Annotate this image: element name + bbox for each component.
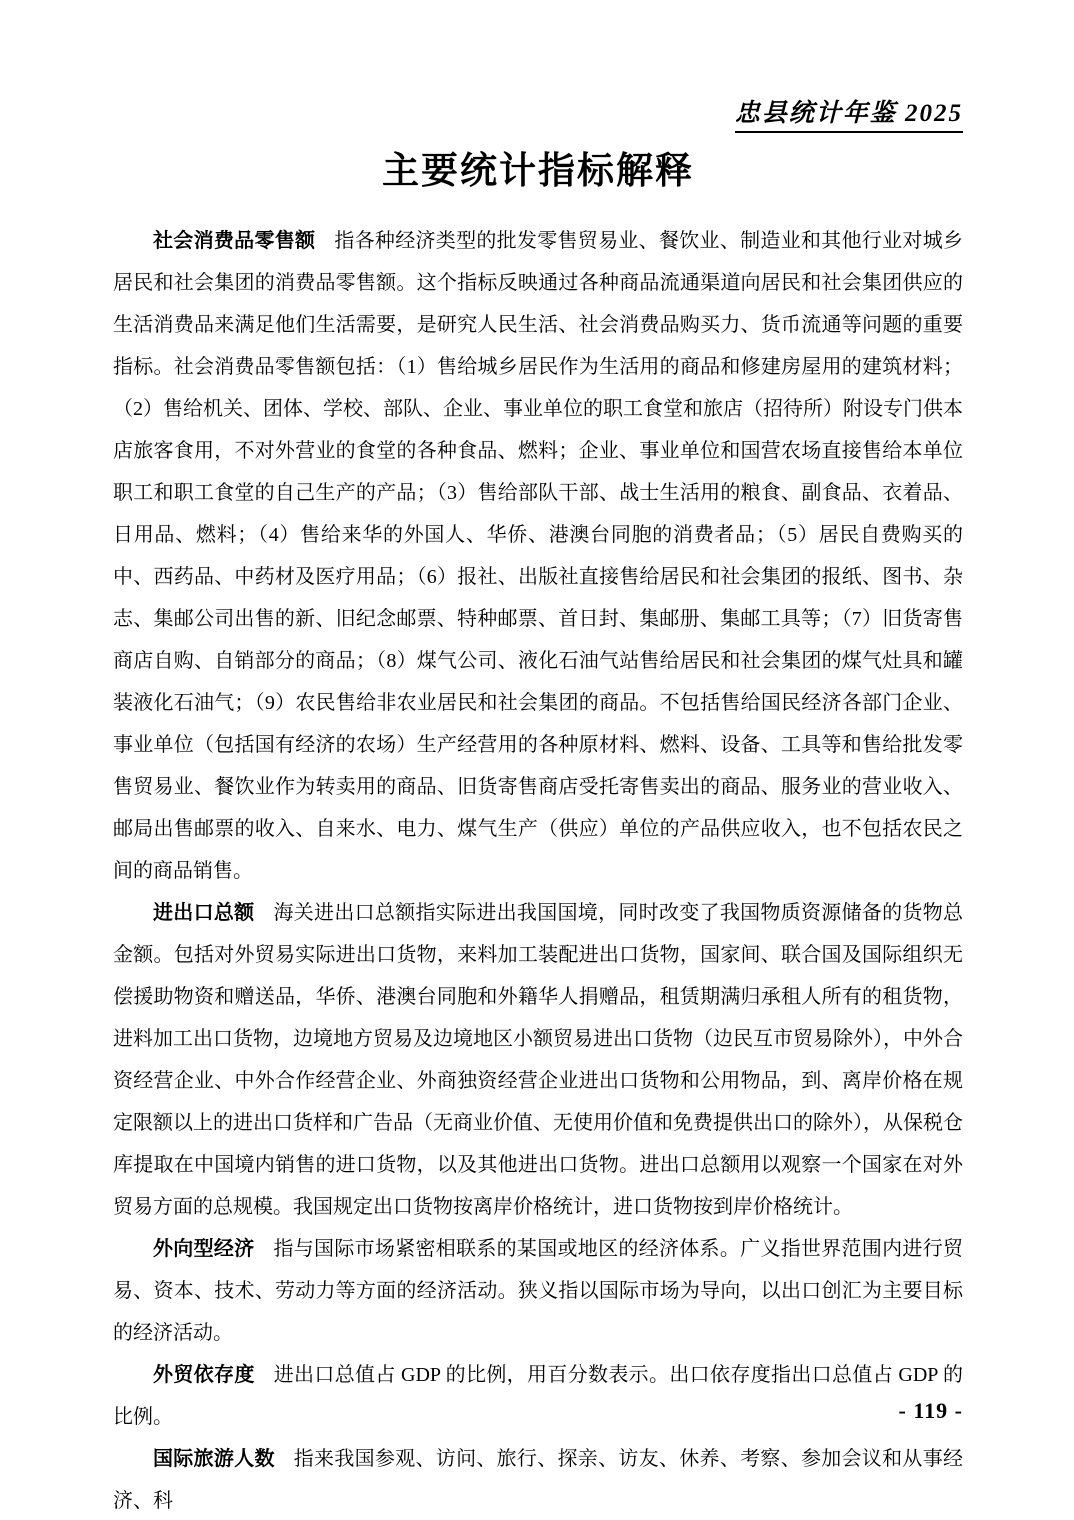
indicator-definition: 海关进出口总额指实际进出我国国境，同时改变了我国物质资源储备的货物总金额。包括对…	[113, 902, 963, 1218]
indicator-term: 社会消费品零售额	[153, 230, 315, 252]
page-header: 忠县统计年鉴 2025	[113, 0, 963, 133]
document-page: 忠县统计年鉴 2025 主要统计指标解释 社会消费品零售额指各种经济类型的批发零…	[0, 0, 1074, 1520]
indicator-paragraph-export-oriented-economy: 外向型经济指与国际市场紧密相联系的某国或地区的经济体系。广义指世界范围内进行贸易…	[113, 1228, 963, 1354]
indicator-paragraph-retail-sales: 社会消费品零售额指各种经济类型的批发零售贸易业、餐饮业、制造业和其他行业对城乡居…	[113, 220, 963, 892]
indicator-term: 外贸依存度	[153, 1364, 255, 1386]
indicator-paragraph-import-export-total: 进出口总额海关进出口总额指实际进出我国国境，同时改变了我国物质资源储备的货物总金…	[113, 892, 963, 1228]
page-title: 主要统计指标解释	[113, 149, 963, 193]
body-text: 社会消费品零售额指各种经济类型的批发零售贸易业、餐饮业、制造业和其他行业对城乡居…	[113, 220, 963, 1520]
yearbook-title-header: 忠县统计年鉴 2025	[735, 100, 963, 133]
indicator-term: 进出口总额	[153, 902, 254, 924]
indicator-paragraph-international-tourists: 国际旅游人数指来我国参观、访问、旅行、探亲、访友、休养、考察、参加会议和从事经济…	[113, 1438, 963, 1520]
indicator-term: 国际旅游人数	[153, 1448, 275, 1470]
indicator-definition: 指各种经济类型的批发零售贸易业、餐饮业、制造业和其他行业对城乡居民和社会集团的消…	[113, 230, 963, 882]
page-number: - 119 -	[899, 1398, 963, 1424]
indicator-paragraph-trade-dependence: 外贸依存度进出口总值占 GDP 的比例，用百分数表示。出口依存度指出口总值占 G…	[113, 1354, 963, 1438]
indicator-term: 外向型经济	[153, 1238, 254, 1260]
